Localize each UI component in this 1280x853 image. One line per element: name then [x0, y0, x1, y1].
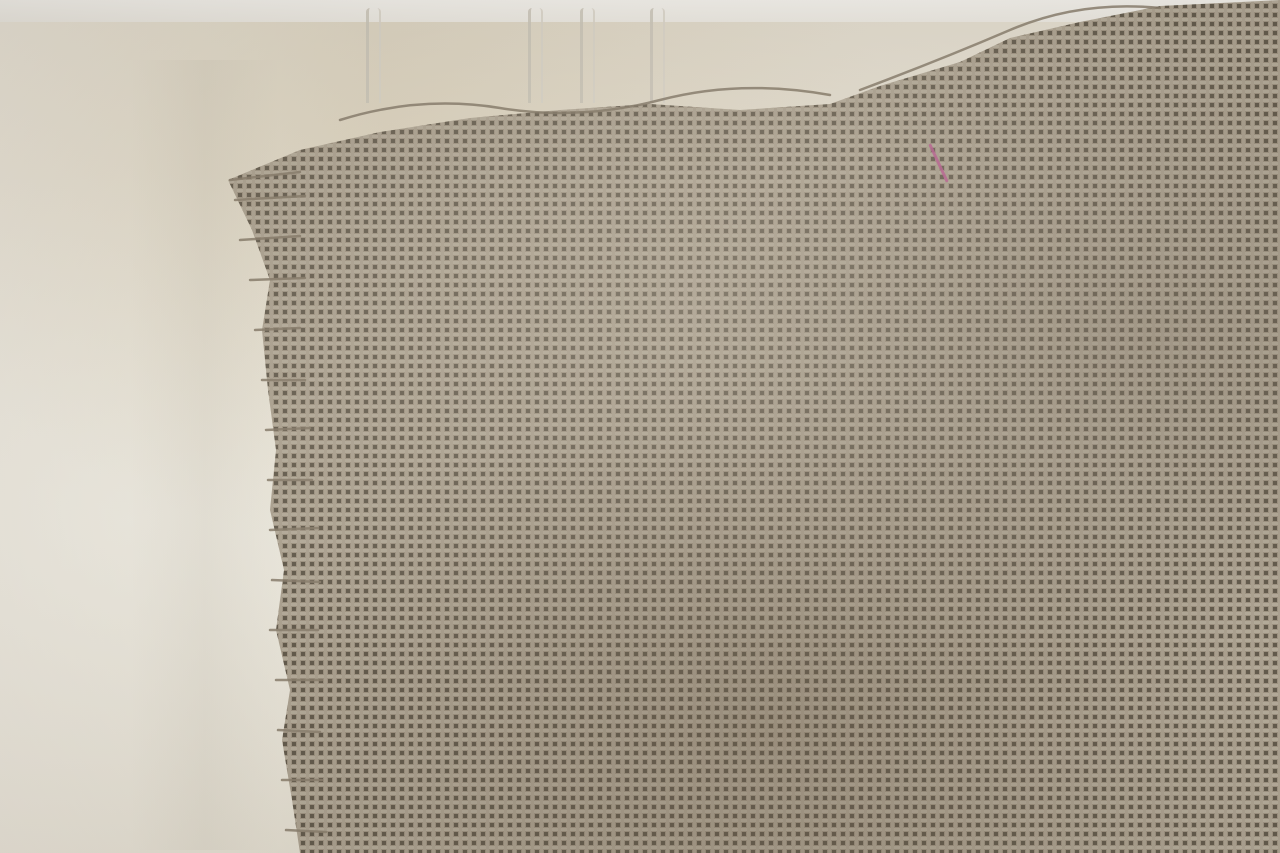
burlap-fabric — [0, 0, 1280, 853]
photo-scene — [0, 0, 1280, 853]
